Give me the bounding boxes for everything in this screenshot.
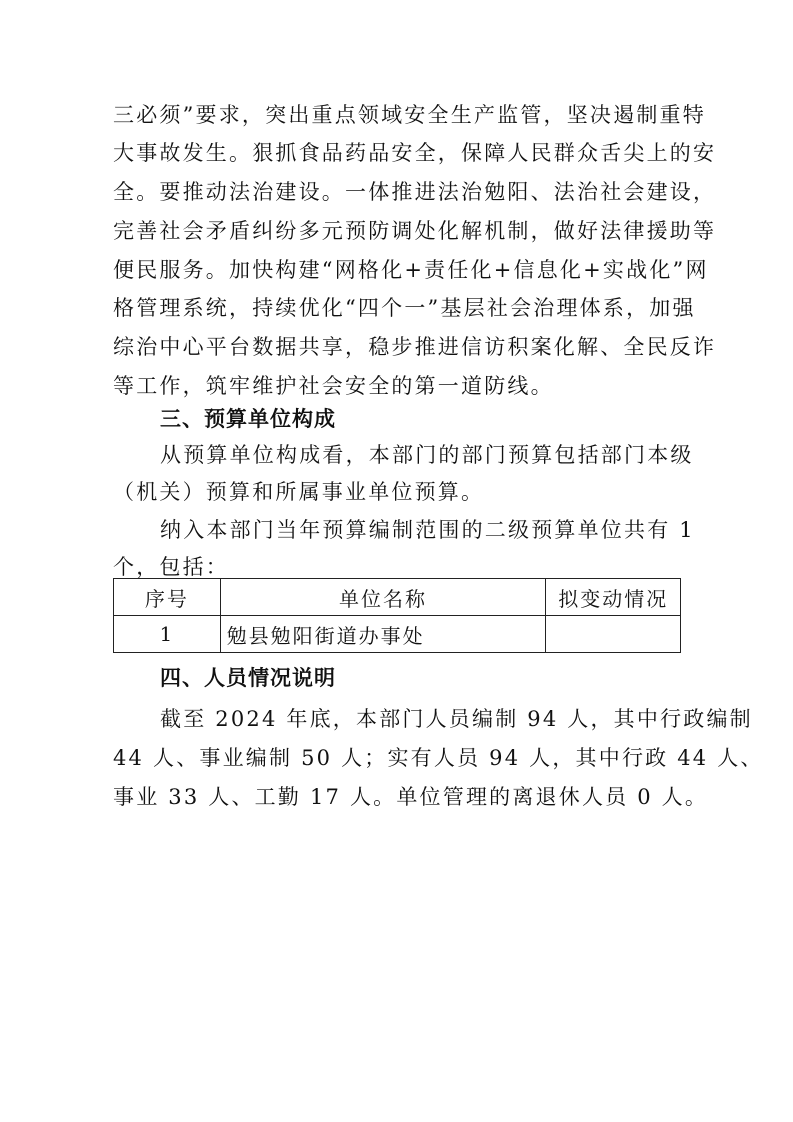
body-text-line: 格管理系统，持续优化“四个一”基层社会治理体系，加强: [113, 294, 683, 322]
section-heading-staffing: 四、人员情况说明: [160, 664, 683, 692]
cell-change-status: [546, 616, 681, 653]
body-text-line: 全。要推动法治建设。一体推进法治勉阳、法治社会建设，: [113, 178, 683, 206]
document-page: 三必须”要求，突出重点领域安全生产监管，坚决遏制重特 大事故发生。狠抓食品药品安…: [0, 0, 793, 1122]
body-text-line: （机关）预算和所属事业单位预算。: [113, 478, 683, 506]
table-header-row: 序号 单位名称 拟变动情况: [114, 579, 681, 616]
column-header-change-status: 拟变动情况: [546, 579, 681, 616]
body-text-line: 综治中心平台数据共享，稳步推进信访积案化解、全民反诈: [113, 333, 683, 361]
body-text-line: 纳入本部门当年预算编制范围的二级预算单位共有 1: [160, 516, 683, 544]
budget-units-table: 序号 单位名称 拟变动情况 1 勉县勉阳街道办事处: [113, 578, 681, 653]
body-text-line: 三必须”要求，突出重点领域安全生产监管，坚决遏制重特: [113, 101, 683, 129]
body-text-line: 完善社会矛盾纠纷多元预防调处化解机制，做好法律援助等: [113, 217, 683, 245]
section-heading-budget-units: 三、预算单位构成: [160, 405, 683, 433]
column-header-seq: 序号: [114, 579, 221, 616]
table-row: 1 勉县勉阳街道办事处: [114, 616, 681, 653]
body-text-line: 个，包括：: [113, 553, 683, 581]
body-text-line: 大事故发生。狠抓食品药品安全，保障人民群众舌尖上的安: [113, 139, 683, 167]
cell-unit-name: 勉县勉阳街道办事处: [220, 616, 546, 653]
body-text-line: 事业 33 人、工勤 17 人。单位管理的离退休人员 0 人。: [113, 783, 683, 811]
body-text-line: 44 人、事业编制 50 人；实有人员 94 人，其中行政 44 人、: [113, 744, 683, 772]
body-text-line: 便民服务。加快构建“网格化+责任化+信息化+实战化”网: [113, 256, 683, 284]
body-text-line: 截至 2024 年底，本部门人员编制 94 人，其中行政编制: [160, 705, 683, 733]
cell-seq: 1: [114, 616, 221, 653]
body-text-line: 从预算单位构成看，本部门的部门预算包括部门本级: [160, 441, 683, 469]
column-header-unit-name: 单位名称: [220, 579, 546, 616]
body-text-line: 等工作，筑牢维护社会安全的第一道防线。: [113, 372, 683, 400]
